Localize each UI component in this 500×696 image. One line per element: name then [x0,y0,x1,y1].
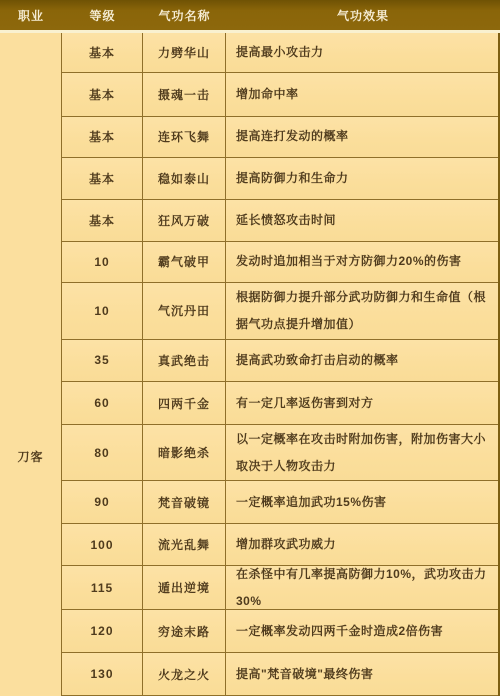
level-cell: 35 [62,340,143,382]
level-cell: 60 [62,382,143,424]
table-row: 130 火龙之火 提高"梵音破境"最终伤害 [62,653,498,696]
skill-name-cell: 穷途末路 [143,610,226,652]
level-cell: 基本 [62,200,143,241]
level-cell: 基本 [62,158,143,199]
skill-name-cell: 四两千金 [143,382,226,424]
skill-effect-cell: 提高"梵音破境"最终伤害 [226,653,498,695]
skill-name-cell: 稳如泰山 [143,158,226,199]
table-row: 60 四两千金 有一定几率返伤害到对方 [62,382,498,425]
skill-effect-cell: 一定概率追加武功15%伤害 [226,481,498,523]
level-cell: 基本 [62,73,143,116]
skill-effect-cell: 发动时追加相当于对方防御力20%的伤害 [226,242,498,282]
skill-rows: 基本 力劈华山 提高最小攻击力 基本 摄魂一击 增加命中率 基本 连环飞舞 提高… [62,33,500,696]
skill-name-cell: 暗影绝杀 [143,425,226,480]
skill-effect-cell: 一定概率发动四两千金时造成2倍伤害 [226,610,498,652]
skill-effect-cell: 根据防御力提升部分武功防御力和生命值（根据气功点提升增加值） [226,283,498,339]
level-cell: 10 [62,283,143,339]
skill-name-cell: 遁出逆境 [143,566,226,609]
table-row: 80 暗影绝杀 以一定概率在攻击时附加伤害，附加伤害大小取决于人物攻击力 [62,425,498,481]
table-header-row: 职业 等级 气功名称 气功效果 [0,0,500,30]
level-cell: 130 [62,653,143,695]
skill-name-cell: 力劈华山 [143,33,226,72]
skill-name-cell: 狂风万破 [143,200,226,241]
skill-name-cell: 摄魂一击 [143,73,226,116]
table-row: 120 穷途末路 一定概率发动四两千金时造成2倍伤害 [62,610,498,653]
skill-name-cell: 火龙之火 [143,653,226,695]
level-cell: 120 [62,610,143,652]
skill-name-cell: 流光乱舞 [143,524,226,565]
header-profession: 职业 [0,7,62,24]
profession-label: 刀客 [0,448,61,465]
profession-merged-cell: 刀客 [0,33,62,696]
table-row: 35 真武绝击 提高武功致命打击启动的概率 [62,340,498,383]
skill-effect-cell: 增加群攻武功威力 [226,524,498,565]
skill-name-cell: 霸气破甲 [143,242,226,282]
level-cell: 100 [62,524,143,565]
skill-effect-cell: 在杀怪中有几率提高防御力10%，武功攻击力30% [226,566,498,609]
skill-effect-cell: 增加命中率 [226,73,498,116]
level-cell: 基本 [62,33,143,72]
skill-name-cell: 梵音破镜 [143,481,226,523]
skill-name-cell: 真武绝击 [143,340,226,382]
table-row: 10 气沉丹田 根据防御力提升部分武功防御力和生命值（根据气功点提升增加值） [62,283,498,340]
skill-effect-cell: 有一定几率返伤害到对方 [226,382,498,424]
skill-name-cell: 连环飞舞 [143,117,226,157]
table-row: 115 遁出逆境 在杀怪中有几率提高防御力10%，武功攻击力30% [62,566,498,610]
header-skill-effect: 气功效果 [226,7,500,24]
skill-effect-cell: 提高防御力和生命力 [226,158,498,199]
skill-effect-cell: 延长愤怒攻击时间 [226,200,498,241]
skill-effect-cell: 提高最小攻击力 [226,33,498,72]
level-cell: 10 [62,242,143,282]
table-row: 基本 力劈华山 提高最小攻击力 [62,33,498,73]
table-row: 10 霸气破甲 发动时追加相当于对方防御力20%的伤害 [62,242,498,283]
table-row: 基本 狂风万破 延长愤怒攻击时间 [62,200,498,242]
skill-effect-cell: 提高武功致命打击启动的概率 [226,340,498,382]
level-cell: 基本 [62,117,143,157]
level-cell: 80 [62,425,143,480]
skill-effect-cell: 以一定概率在攻击时附加伤害，附加伤害大小取决于人物攻击力 [226,425,498,480]
skill-name-cell: 气沉丹田 [143,283,226,339]
skill-effect-cell: 提高连打发动的概率 [226,117,498,157]
table-row: 基本 稳如泰山 提高防御力和生命力 [62,158,498,200]
table-row: 基本 摄魂一击 增加命中率 [62,73,498,117]
table-row: 90 梵音破镜 一定概率追加武功15%伤害 [62,481,498,524]
header-level: 等级 [62,7,143,24]
level-cell: 90 [62,481,143,523]
skill-table: 职业 等级 气功名称 气功效果 刀客 基本 力劈华山 提高最小攻击力 基本 摄魂… [0,0,500,696]
table-row: 基本 连环飞舞 提高连打发动的概率 [62,117,498,158]
level-cell: 115 [62,566,143,609]
header-skill-name: 气功名称 [143,7,226,24]
table-body: 刀客 基本 力劈华山 提高最小攻击力 基本 摄魂一击 增加命中率 基本 连环飞舞… [0,33,500,696]
